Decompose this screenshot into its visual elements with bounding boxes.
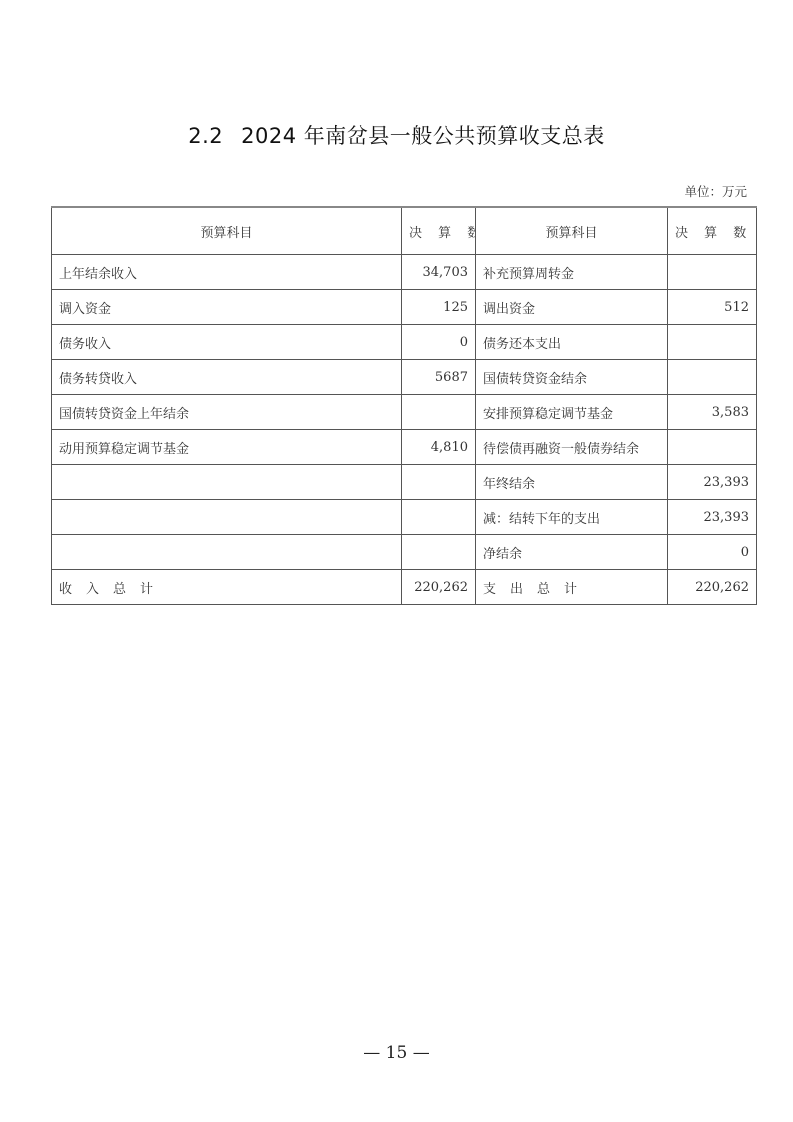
income-value: [402, 500, 476, 535]
table-header-row: 预算科目 决 算 数 预算科目 决 算 数: [52, 207, 757, 255]
expense-item: 补充预算周转金: [476, 255, 668, 290]
income-value: 4,810: [402, 430, 476, 465]
table-row: 动用预算稳定调节基金 4,810 待偿债再融资一般债券结余: [52, 430, 757, 465]
expense-value: [668, 360, 757, 395]
income-item: 上年结余收入: [52, 255, 402, 290]
expense-item: 待偿债再融资一般债券结余: [476, 430, 668, 465]
title-text: 2024 年南岔县一般公共预算收支总表: [241, 124, 605, 148]
header-expense-value: 决 算 数: [668, 207, 757, 255]
income-item: [52, 465, 402, 500]
header-expense-item: 预算科目: [476, 207, 668, 255]
expense-value: [668, 255, 757, 290]
income-value: 5687: [402, 360, 476, 395]
expense-item: 国债转贷资金结余: [476, 360, 668, 395]
page-title: 2.22024 年南岔县一般公共预算收支总表: [0, 120, 793, 150]
header-income-value: 决 算 数: [402, 207, 476, 255]
expense-value: 0: [668, 535, 757, 570]
table-row: 债务转贷收入 5687 国债转贷资金结余: [52, 360, 757, 395]
expense-item: 调出资金: [476, 290, 668, 325]
budget-summary-table: 预算科目 决 算 数 预算科目 决 算 数 上年结余收入 34,703 补充预算…: [51, 206, 757, 605]
expense-value: 512: [668, 290, 757, 325]
section-number: 2.2: [188, 124, 223, 148]
expense-item: 安排预算稳定调节基金: [476, 395, 668, 430]
income-item: 动用预算稳定调节基金: [52, 430, 402, 465]
income-value: [402, 395, 476, 430]
table-row: 债务收入 0 债务还本支出: [52, 325, 757, 360]
expense-value: 23,393: [668, 465, 757, 500]
expense-item: 年终结余: [476, 465, 668, 500]
expense-value: 23,393: [668, 500, 757, 535]
unit-label: 单位：万元: [684, 182, 747, 200]
income-item: 债务收入: [52, 325, 402, 360]
expense-total-value: 220,262: [668, 570, 757, 605]
income-value: [402, 465, 476, 500]
income-item: 国债转贷资金上年结余: [52, 395, 402, 430]
income-total-label: 收入总计: [52, 570, 402, 605]
income-item: [52, 535, 402, 570]
table-row: 国债转贷资金上年结余 安排预算稳定调节基金 3,583: [52, 395, 757, 430]
header-income-item: 预算科目: [52, 207, 402, 255]
income-value: [402, 535, 476, 570]
income-value: 0: [402, 325, 476, 360]
income-item: [52, 500, 402, 535]
expense-total-label: 支出总计: [476, 570, 668, 605]
expense-value: [668, 430, 757, 465]
table-row: 年终结余 23,393: [52, 465, 757, 500]
income-value: 125: [402, 290, 476, 325]
table-row: 减：结转下年的支出 23,393: [52, 500, 757, 535]
totals-row: 收入总计 220,262 支出总计 220,262: [52, 570, 757, 605]
income-item: 债务转贷收入: [52, 360, 402, 395]
table-row: 调入资金 125 调出资金 512: [52, 290, 757, 325]
expense-value: 3,583: [668, 395, 757, 430]
expense-item: 减：结转下年的支出: [476, 500, 668, 535]
page-number: — 15 —: [0, 1043, 793, 1063]
expense-value: [668, 325, 757, 360]
table-row: 上年结余收入 34,703 补充预算周转金: [52, 255, 757, 290]
income-item: 调入资金: [52, 290, 402, 325]
expense-item: 净结余: [476, 535, 668, 570]
expense-item: 债务还本支出: [476, 325, 668, 360]
income-value: 34,703: [402, 255, 476, 290]
income-total-value: 220,262: [402, 570, 476, 605]
table-row: 净结余 0: [52, 535, 757, 570]
